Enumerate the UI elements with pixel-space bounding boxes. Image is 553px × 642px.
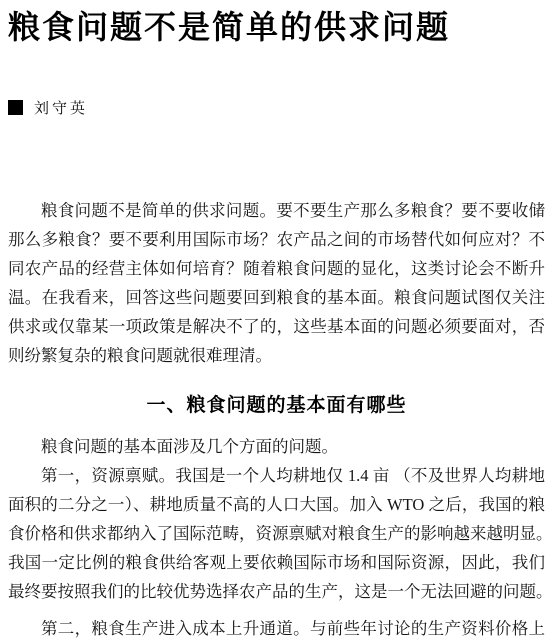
section-heading: 一、粮食问题的基本面有哪些 [8, 392, 545, 420]
body-line: 食价格和供求都纳入了国际范畴，资源禀赋对粮食生产的影响越来越明显。 [8, 519, 545, 548]
body-line: 供求或仅靠某一项政策是解决不了的，这些基本面的问题必须要面对，否 [8, 312, 545, 341]
paragraph: 粮食问题不是简单的供求问题。要不要生产那么多粮食？要不要收储 那么多粮食？要不要… [8, 196, 545, 370]
paragraph: 第一，资源禀赋。我国是一个人均耕地仅 1.4 亩 （不及世界人均耕地 面积的二分… [8, 461, 545, 606]
body-line: 第二，粮食生产进入成本上升通道。与前些年讨论的生产资料价格上 [8, 614, 545, 642]
body-line: 同农产品的经营主体如何培育？随着粮食问题的显化，这类讨论会不断升 [8, 254, 545, 283]
document-page: 粮食问题不是简单的供求问题 刘守英 粮食问题不是简单的供求问题。要不要生产那么多… [0, 0, 553, 642]
black-square-icon [8, 100, 23, 115]
document-body: 粮食问题不是简单的供求问题。要不要生产那么多粮食？要不要收储 那么多粮食？要不要… [8, 196, 545, 642]
body-line: 温。在我看来，回答这些问题要回到粮食的基本面。粮食问题试图仅关注 [8, 283, 545, 312]
body-line: 我国一定比例的粮食供给客观上要依赖国际市场和国际资源，因此，我们 [8, 548, 545, 577]
page-title: 粮食问题不是简单的供求问题 [8, 6, 545, 48]
paragraph: 第二，粮食生产进入成本上升通道。与前些年讨论的生产资料价格上 [8, 614, 545, 642]
body-line: 那么多粮食？要不要利用国际市场？农产品之间的市场替代如何应对？不 [8, 225, 545, 254]
body-line: 则纷繁复杂的粮食问题就很难理清。 [8, 341, 545, 370]
paragraph: 粮食问题的基本面涉及几个方面的问题。 [8, 432, 545, 461]
body-line: 粮食问题的基本面涉及几个方面的问题。 [8, 432, 545, 461]
body-line: 最终要按照我们的比较优势选择农产品的生产，这是一个无法回避的问题。 [8, 577, 545, 606]
author-line: 刘守英 [8, 98, 545, 116]
author-name: 刘守英 [34, 97, 88, 118]
body-line: 粮食问题不是简单的供求问题。要不要生产那么多粮食？要不要收储 [8, 196, 545, 225]
body-line: 面积的二分之一）、耕地质量不高的人口大国。加入 WTO 之后，我国的粮 [8, 490, 545, 519]
body-line: 第一，资源禀赋。我国是一个人均耕地仅 1.4 亩 （不及世界人均耕地 [8, 461, 545, 490]
